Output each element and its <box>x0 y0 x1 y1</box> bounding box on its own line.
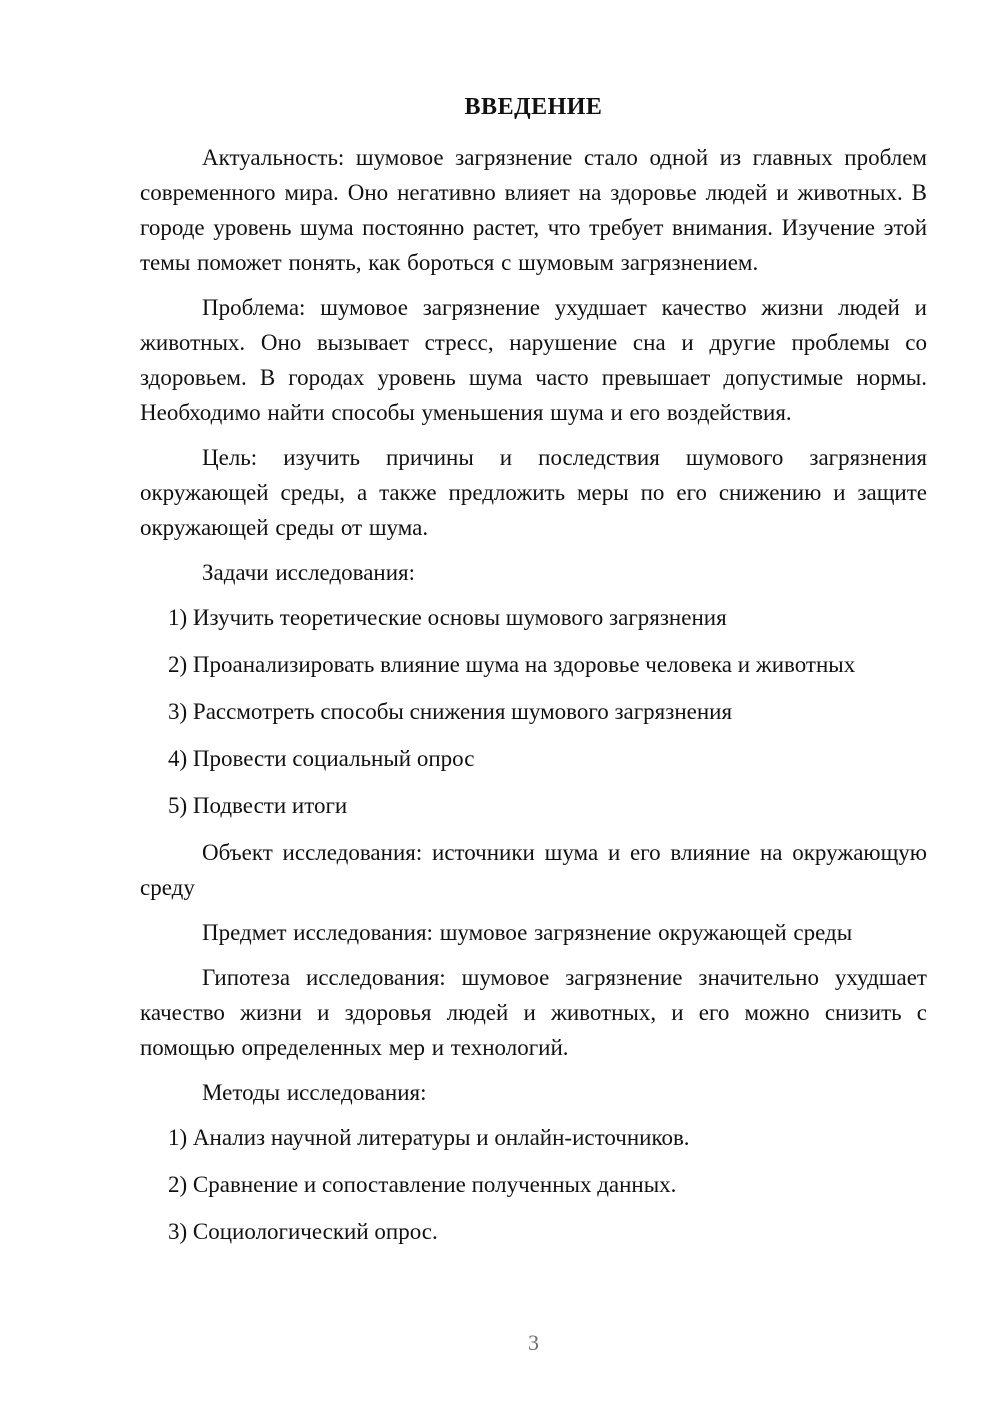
paragraph-subject: Предмет исследования: шумовое загрязнени… <box>140 915 927 950</box>
paragraph-hypothesis: Гипотеза исследования: шумовое загрязнен… <box>140 960 927 1065</box>
page-number: 3 <box>140 1328 927 1358</box>
method-item-3: 3) Социологический опрос. <box>168 1214 927 1249</box>
methods-list: 1) Анализ научной литературы и онлайн-ис… <box>168 1120 927 1249</box>
task-item-2: 2) Проанализировать влияние шума на здор… <box>168 647 927 682</box>
document-page: ВВЕДЕНИЕ Актуальность: шумовое загрязнен… <box>0 0 1000 1414</box>
method-item-1: 1) Анализ научной литературы и онлайн-ис… <box>168 1120 927 1155</box>
task-item-1: 1) Изучить теоретические основы шумового… <box>168 600 927 635</box>
paragraph-problem: Проблема: шумовое загрязнение ухудшает к… <box>140 290 927 430</box>
method-item-2: 2) Сравнение и сопоставление полученных … <box>168 1167 927 1202</box>
task-item-3: 3) Рассмотреть способы снижения шумового… <box>168 694 927 729</box>
paragraph-goal: Цель: изучить причины и последствия шумо… <box>140 440 927 545</box>
page-title: ВВЕДЕНИЕ <box>140 90 927 124</box>
paragraph-object: Объект исследования: источники шума и ег… <box>140 835 927 905</box>
task-item-5: 5) Подвести итоги <box>168 788 927 823</box>
tasks-list: 1) Изучить теоретические основы шумового… <box>168 600 927 823</box>
methods-heading: Методы исследования: <box>140 1075 927 1110</box>
paragraph-relevance: Актуальность: шумовое загрязнение стало … <box>140 140 927 280</box>
task-item-4: 4) Провести социальный опрос <box>168 741 927 776</box>
tasks-heading: Задачи исследования: <box>140 555 927 590</box>
